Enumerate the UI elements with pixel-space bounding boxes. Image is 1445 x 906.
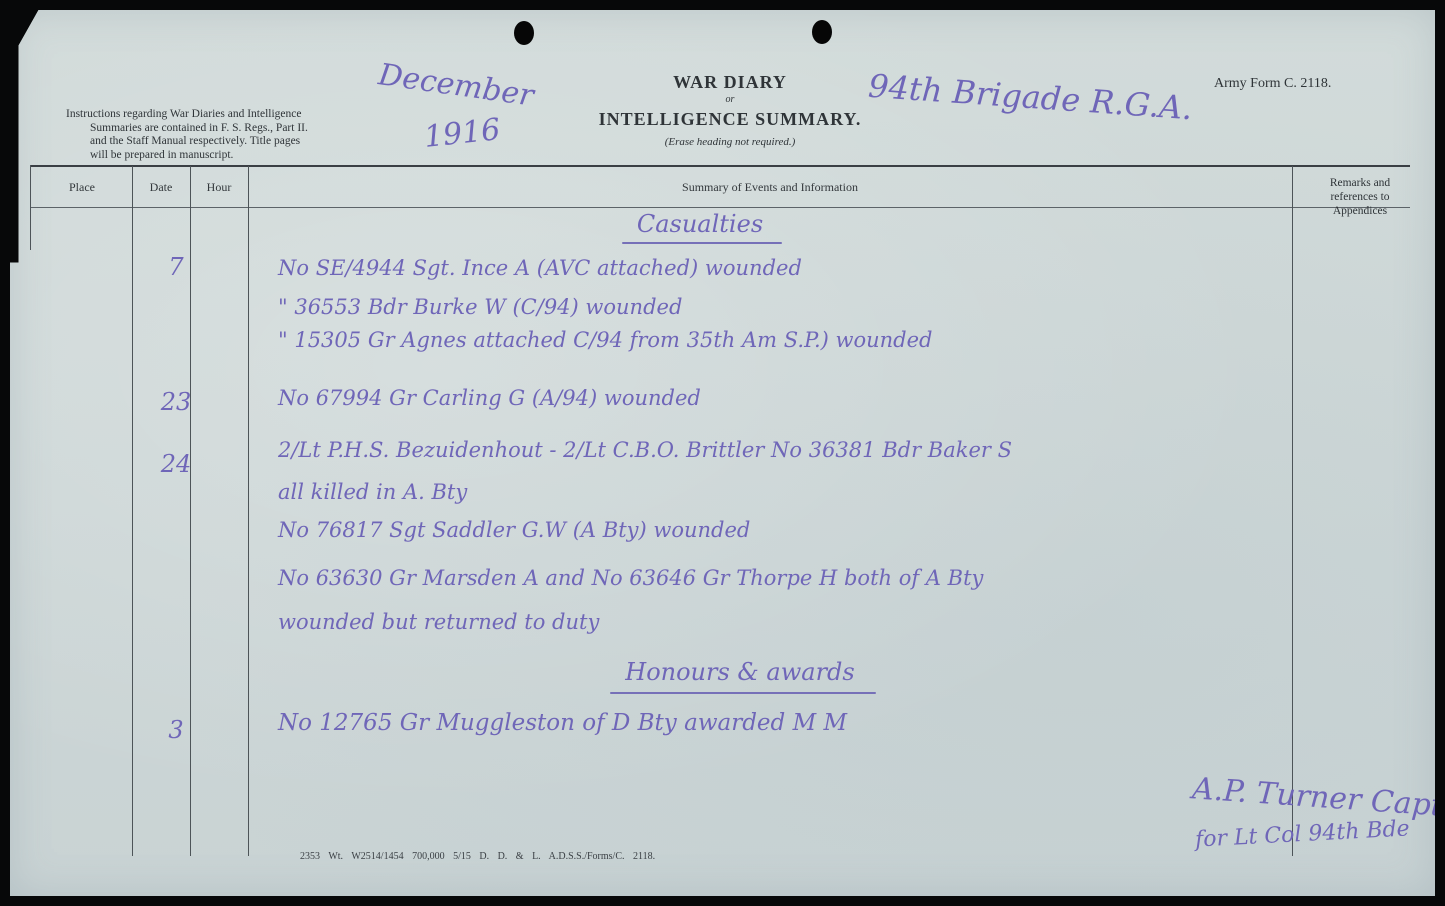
- table-header-rule: [30, 207, 1410, 208]
- column-divider-hour: [248, 166, 249, 856]
- title-or: or: [560, 94, 900, 105]
- entry-line: No 76817 Sgt Saddler G.W (A Bty) wounded: [278, 518, 750, 542]
- column-divider-remarks: [1292, 166, 1293, 856]
- column-divider-place: [132, 166, 133, 856]
- entry-line: wounded but returned to duty: [278, 610, 599, 634]
- form-title: WAR DIARY or INTELLIGENCE SUMMARY. (Eras…: [560, 72, 900, 148]
- section-heading-casualties: Casualties: [600, 210, 800, 238]
- entry-line: No 63630 Gr Marsden A and No 63646 Gr Th…: [278, 566, 983, 590]
- entry-line: No SE/4944 Sgt. Ince A (AVC attached) wo…: [278, 256, 802, 280]
- entry-line: No 67994 Gr Carling G (A/94) wounded: [278, 386, 701, 410]
- column-header-place: Place: [32, 180, 132, 195]
- instructions-text: Instructions regarding War Diaries and I…: [66, 108, 396, 162]
- heading-underline: [622, 242, 782, 244]
- column-header-summary: Summary of Events and Information: [248, 180, 1292, 195]
- punch-hole-right: [812, 20, 832, 44]
- date-cell: 23: [156, 388, 196, 416]
- table-left-edge: [30, 165, 31, 250]
- entry-line: " 15305 Gr Agnes attached C/94 from 35th…: [278, 328, 932, 352]
- instructions-line: Instructions regarding War Diaries and I…: [66, 108, 396, 122]
- punch-hole-left: [514, 21, 534, 45]
- army-form-number: Army Form C. 2118.: [1214, 76, 1331, 92]
- instructions-line: Summaries are contained in F. S. Regs., …: [66, 122, 396, 136]
- title-war-diary: WAR DIARY: [560, 72, 900, 93]
- heading-underline: [610, 692, 876, 694]
- entry-line: " 36553 Bdr Burke W (C/94) wounded: [278, 295, 682, 319]
- remarks-header-line: Remarks and: [1310, 176, 1410, 190]
- remarks-header-line: references to: [1310, 190, 1410, 204]
- handwritten-year: 1916: [422, 112, 502, 155]
- column-header-hour: Hour: [190, 180, 248, 195]
- section-heading-honours: Honours & awards: [600, 658, 880, 686]
- title-intelligence-summary: INTELLIGENCE SUMMARY.: [560, 109, 900, 130]
- printer-imprint: 2353 Wt. W2514/1454 700,000 5/15 D. D. &…: [300, 851, 655, 862]
- column-header-remarks: Remarks and references to Appendices: [1310, 176, 1410, 218]
- handwritten-unit: 94th Brigade R.G.A.: [867, 67, 1194, 128]
- entry-line: 2/Lt P.H.S. Bezuidenhout - 2/Lt C.B.O. B…: [278, 438, 1012, 462]
- column-header-date: Date: [132, 180, 190, 195]
- instructions-line: will be prepared in manuscript.: [66, 149, 396, 163]
- war-diary-page: Instructions regarding War Diaries and I…: [10, 10, 1435, 896]
- entry-line: No 12765 Gr Muggleston of D Bty awarded …: [278, 710, 847, 736]
- remarks-header-line: Appendices: [1310, 204, 1410, 218]
- signature-line-2: for Lt Col 94th Bde: [1194, 816, 1410, 852]
- handwritten-month: December: [376, 57, 535, 113]
- date-cell: 3: [156, 716, 196, 744]
- erase-note: (Erase heading not required.): [560, 136, 900, 148]
- entry-line: all killed in A. Bty: [278, 480, 467, 504]
- table-top-rule: [30, 165, 1410, 167]
- date-cell: 7: [156, 253, 196, 281]
- date-cell: 24: [156, 450, 196, 478]
- instructions-line: and the Staff Manual respectively. Title…: [66, 135, 396, 149]
